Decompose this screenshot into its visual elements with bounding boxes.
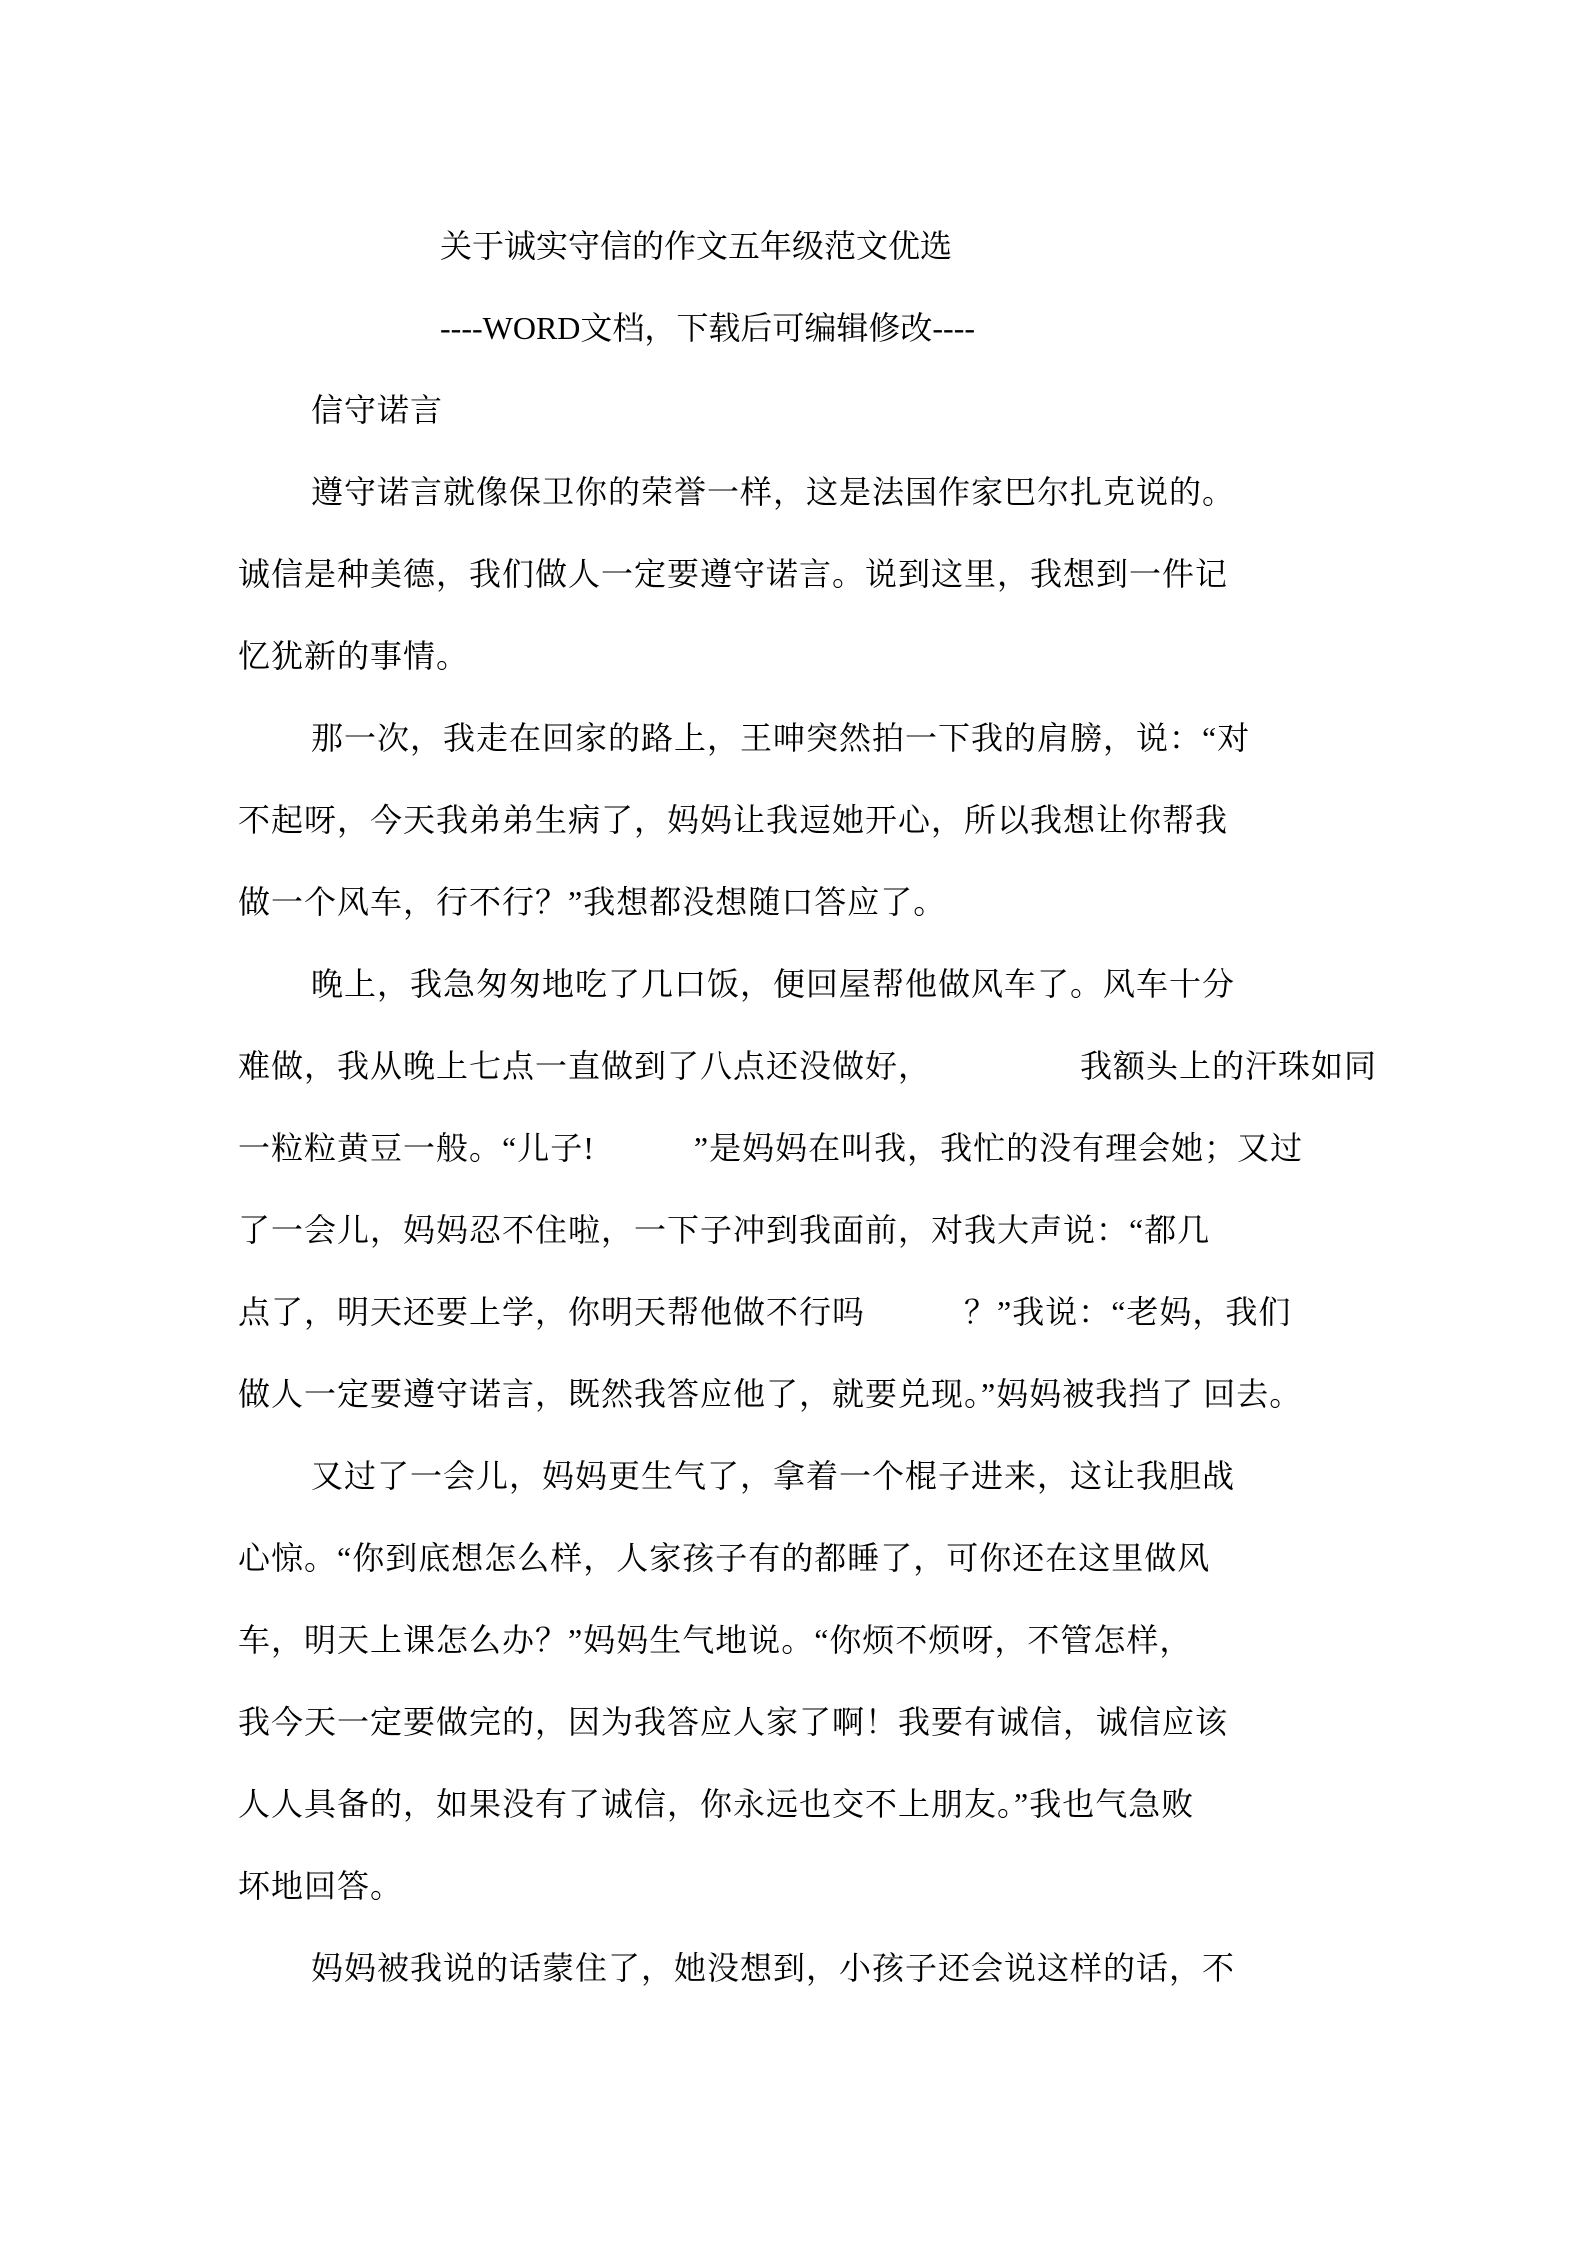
text-line: 人人具备的，如果没有了诚信，你永远也交不上朋友。”我也气急败	[0, 1763, 1594, 1845]
text-line: 做人一定要遵守诺言，既然我答应他了，就要兑现。”妈妈被我挡了 回去。	[0, 1353, 1594, 1435]
text-line: 晚上，我急匆匆地吃了几口饭，便回屋帮他做风车了。风车十分	[0, 943, 1594, 1025]
text-line: 妈妈被我说的话蒙住了，她没想到，小孩子还会说这样的话，不	[0, 1927, 1594, 2009]
editable-notice: ----WORD文档，下载后可编辑修改----	[0, 287, 1594, 369]
document-page: 关于诚实守信的作文五年级范文优选 ----WORD文档，下载后可编辑修改----…	[0, 0, 1594, 2256]
text-line: 点了，明天还要上学，你明天帮他做不行吗 ？”我说：“老妈，我们	[0, 1271, 1594, 1353]
text-line: 又过了一会儿，妈妈更生气了，拿着一个棍子进来，这让我胆战	[0, 1435, 1594, 1517]
text-line: 不起呀，今天我弟弟生病了，妈妈让我逗她开心，所以我想让你帮我	[0, 779, 1594, 861]
text-line: 一粒粒黄豆一般。“儿子! ”是妈妈在叫我，我忙的没有理会她；又过	[0, 1107, 1594, 1189]
document-title: 关于诚实守信的作文五年级范文优选	[0, 205, 1594, 287]
document-body: 关于诚实守信的作文五年级范文优选 ----WORD文档，下载后可编辑修改----…	[0, 205, 1594, 2009]
text-line: 坏地回答。	[0, 1845, 1594, 1927]
text-line: 难做，我从晚上七点一直做到了八点还没做好， 我额头上的汗珠如同	[0, 1025, 1594, 1107]
text-line: 了一会儿，妈妈忍不住啦，一下子冲到我面前，对我大声说：“都几	[0, 1189, 1594, 1271]
text-line: 遵守诺言就像保卫你的荣誉一样，这是法国作家巴尔扎克说的。	[0, 451, 1594, 533]
text-line: 忆犹新的事情。	[0, 615, 1594, 697]
text-line: 做一个风车，行不行？”我想都没想随口答应了。	[0, 861, 1594, 943]
text-line: 那一次，我走在回家的路上，王呻突然拍一下我的肩膀，说：“对	[0, 697, 1594, 779]
text-line: 车，明天上课怎么办？”妈妈生气地说。“你烦不烦呀，不管怎样，	[0, 1599, 1594, 1681]
section-heading: 信守诺言	[0, 369, 1594, 451]
text-line: 诚信是种美德，我们做人一定要遵守诺言。说到这里，我想到一件记	[0, 533, 1594, 615]
text-line: 我今天一定要做完的，因为我答应人家了啊！我要有诚信，诚信应该	[0, 1681, 1594, 1763]
text-line: 心惊。“你到底想怎么样，人家孩子有的都睡了，可你还在这里做风	[0, 1517, 1594, 1599]
